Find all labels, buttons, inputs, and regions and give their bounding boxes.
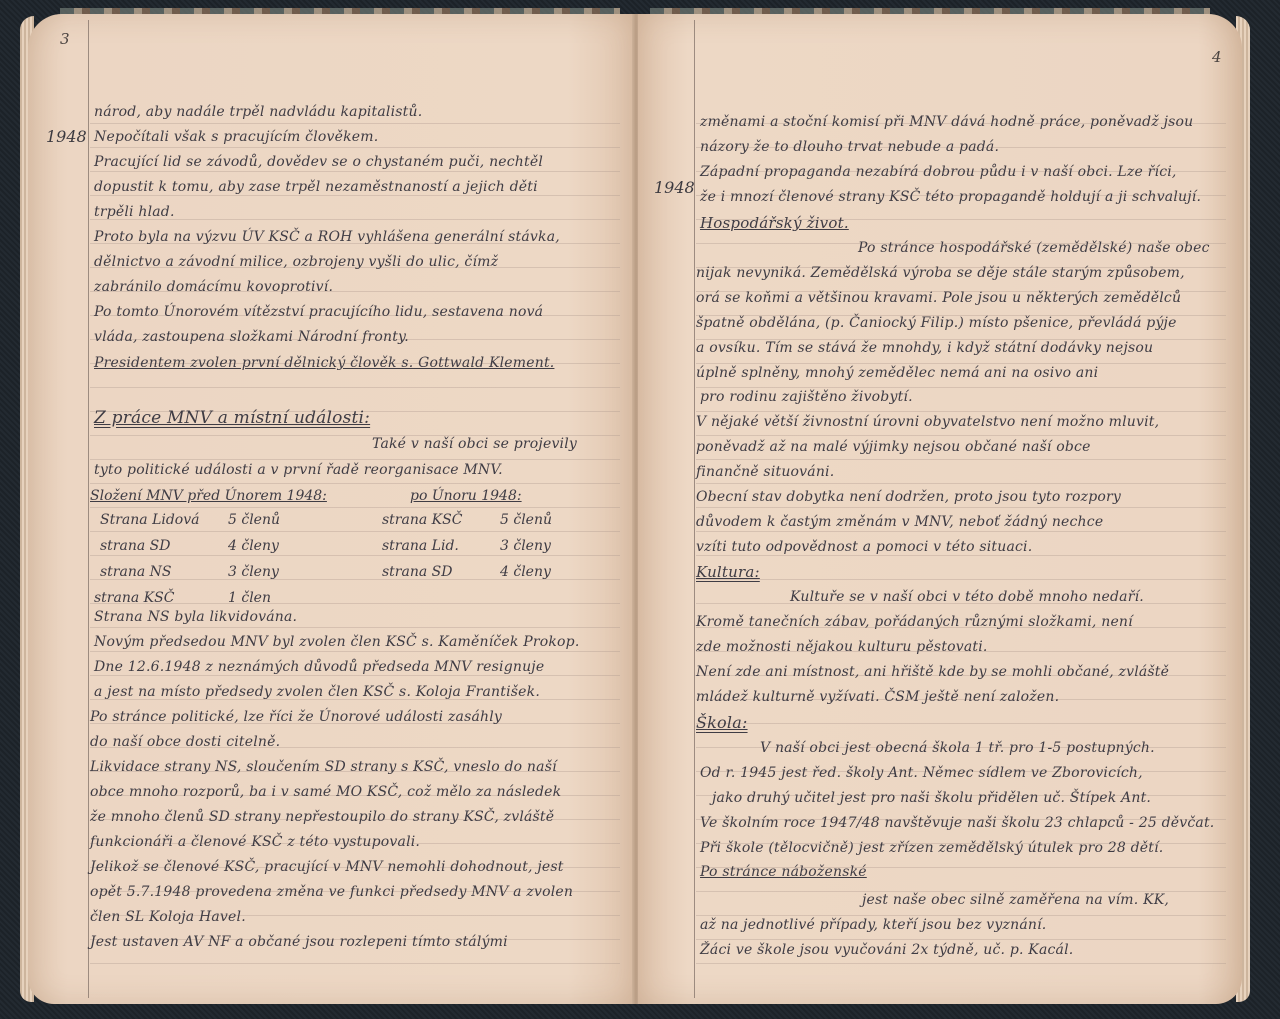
text-line: V naší obci jest obecná škola 1 tř. pro … xyxy=(760,740,1155,756)
text-line: a jest na místo předsedy zvolen člen KSČ… xyxy=(94,684,540,700)
text-line: Jelikož se členové KSČ, pracující v MNV … xyxy=(90,859,564,875)
text-line: opět 5.7.1948 provedena změna ve funkci … xyxy=(90,884,573,900)
text-line: vláda, zastoupena složkami Národní front… xyxy=(94,329,409,345)
text-line: Likvidace strany NS, sloučením SD strany… xyxy=(90,759,557,775)
text-line: dělnictvo a závodní milice, ozbrojeny vy… xyxy=(94,254,498,270)
table-members: 3 členy xyxy=(500,538,551,554)
text-line: že mnoho členů SD strany nepřestoupilo d… xyxy=(90,809,554,825)
text-line: Nepočítali však s pracujícím člověkem. xyxy=(94,129,378,145)
left-margin-year: 1948 xyxy=(46,127,87,146)
text-line: V nějaké větší živnostní úrovni obyvatel… xyxy=(696,414,1159,430)
text-line: dopustit k tomu, aby zase trpěl nezaměst… xyxy=(94,179,538,195)
text-line: Ve školním roce 1947/48 navštěvuje naši … xyxy=(700,815,1214,831)
text-line: důvodem k častým změnám v MNV, neboť žád… xyxy=(696,514,1103,530)
section-heading: Po stránce náboženské xyxy=(700,864,867,880)
table-members: 4 členy xyxy=(500,564,551,580)
table-members: 3 členy xyxy=(228,564,279,580)
table-members: 5 členů xyxy=(500,512,552,528)
table-party: strana SD xyxy=(382,564,452,580)
text-line: jest naše obec silně zaměřena na vím. KK… xyxy=(862,892,1169,908)
text-line: funkcionáři a členové KSČ z této vystupo… xyxy=(90,834,420,850)
section-heading: Hospodářský život. xyxy=(700,214,849,232)
text-line: Strana NS byla likvidována. xyxy=(94,609,297,625)
text-line: názory že to dlouho trvat nebude a padá. xyxy=(700,139,999,155)
text-line: Dne 12.6.1948 z neznámých důvodů předsed… xyxy=(94,659,544,675)
text-line: Není zde ani místnost, ani hřiště kde by… xyxy=(696,664,1169,680)
table-members: 4 členy xyxy=(228,538,279,554)
table-party: strana KSČ xyxy=(382,512,462,528)
text-line: až na jednotlivé případy, kteří jsou bez… xyxy=(700,917,1046,933)
text-line: mládež kulturně vyžívati. ČSM ještě není… xyxy=(696,689,1059,705)
text-line: orá se koňmi a většinou kravami. Pole js… xyxy=(696,290,1181,306)
text-line: jako druhý učitel jest pro naši školu př… xyxy=(712,790,1151,806)
table-party: strana SD xyxy=(100,538,170,554)
text-line: úplně splněny, mnohý zemědělec nemá ani … xyxy=(696,365,1098,381)
table-party: strana NS xyxy=(100,564,172,580)
left-margin-line xyxy=(88,20,89,998)
text-line: že i mnozí členové strany KSČ této propa… xyxy=(700,189,1201,205)
text-line: Obecní stav dobytka není dodržen, proto … xyxy=(696,489,1121,505)
section-heading: Kultura: xyxy=(696,563,760,581)
text-line: obce mnoho rozporů, ba i v samé MO KSČ, … xyxy=(90,784,561,800)
table-party: Strana Lidová xyxy=(100,512,200,528)
table-header-after: po Únoru 1948: xyxy=(410,488,522,504)
text-line: Po stránce politické, lze říci že Únorov… xyxy=(90,709,502,725)
text-line: změnami a stoční komisí při MNV dává hod… xyxy=(700,114,1193,130)
text-line: zde možnosti nějakou kulturu pěstovati. xyxy=(696,639,988,655)
text-line: člen SL Koloja Havel. xyxy=(90,909,246,925)
text-line: Také v naší obci se projevily xyxy=(372,436,577,452)
text-line: Žáci ve škole jsou vyučováni 2x týdně, u… xyxy=(700,942,1073,958)
table-members: 1 člen xyxy=(228,590,271,606)
text-line: nijak nevyniká. Zemědělská výroba se děj… xyxy=(696,265,1185,281)
text-line: Při škole (tělocvičně) jest zřízen zeměd… xyxy=(700,840,1163,856)
text-line: Kromě tanečních zábav, pořádaných různým… xyxy=(696,614,1133,630)
text-line: vzíti tuto odpovědnost a pomoci v této s… xyxy=(696,539,1032,555)
section-heading: Škola: xyxy=(696,713,748,732)
table-header-before: Složení MNV před Únorem 1948: xyxy=(90,488,327,504)
text-line: Pracující lid se závodů, dovědev se o ch… xyxy=(94,154,543,170)
table-party: strana Lid. xyxy=(382,538,459,554)
text-line: trpěli hlad. xyxy=(94,204,175,220)
right-margin-year: 1948 xyxy=(654,178,695,197)
text-line: Novým předsedou MNV byl zvolen člen KSČ … xyxy=(94,634,580,650)
table-members: 5 členů xyxy=(228,512,280,528)
text-line: do naší obce dosti citelně. xyxy=(90,734,280,750)
text-line: pro rodinu zajištěno živobytí. xyxy=(700,389,913,405)
right-margin-line xyxy=(694,20,695,998)
text-line: Po stránce hospodářské (zemědělské) naše… xyxy=(858,240,1210,256)
text-line: tyto politické události a v první řadě r… xyxy=(94,462,503,478)
table-party: strana KSČ xyxy=(94,590,174,606)
text-line: Jest ustaven AV NF a občané jsou rozlepe… xyxy=(90,934,508,950)
text-line: Západní propaganda nezabírá dobrou půdu … xyxy=(700,164,1177,180)
text-line: a ovsíku. Tím se stává že mnohdy, i když… xyxy=(696,340,1153,356)
text-line: Po tomto Únorovém vítězství pracujícího … xyxy=(94,304,543,320)
text-line: Presidentem zvolen první dělnický člověk… xyxy=(94,355,554,371)
text-line: finančně situováni. xyxy=(696,464,834,480)
left-page-number: 3 xyxy=(60,30,70,48)
text-line: Proto byla na výzvu ÚV KSČ a ROH vyhláše… xyxy=(94,229,560,245)
section-heading-mnv: Z práce MNV a místní události: xyxy=(94,408,370,428)
text-line: zabránilo domácímu kovoprotiví. xyxy=(94,279,333,295)
text-line: poněvadž až na malé výjimky nejsou občan… xyxy=(696,439,1091,455)
text-line: národ, aby nadále trpěl nadvládu kapital… xyxy=(94,104,422,120)
text-line: Kultuře se v naší obci v této době mnoho… xyxy=(790,589,1144,605)
text-line: Od r. 1945 jest řed. školy Ant. Němec sí… xyxy=(700,765,1143,781)
right-page-number: 4 xyxy=(1212,48,1222,66)
text-line: špatně obdělána, (p. Čaniocký Filip.) mí… xyxy=(696,315,1177,331)
